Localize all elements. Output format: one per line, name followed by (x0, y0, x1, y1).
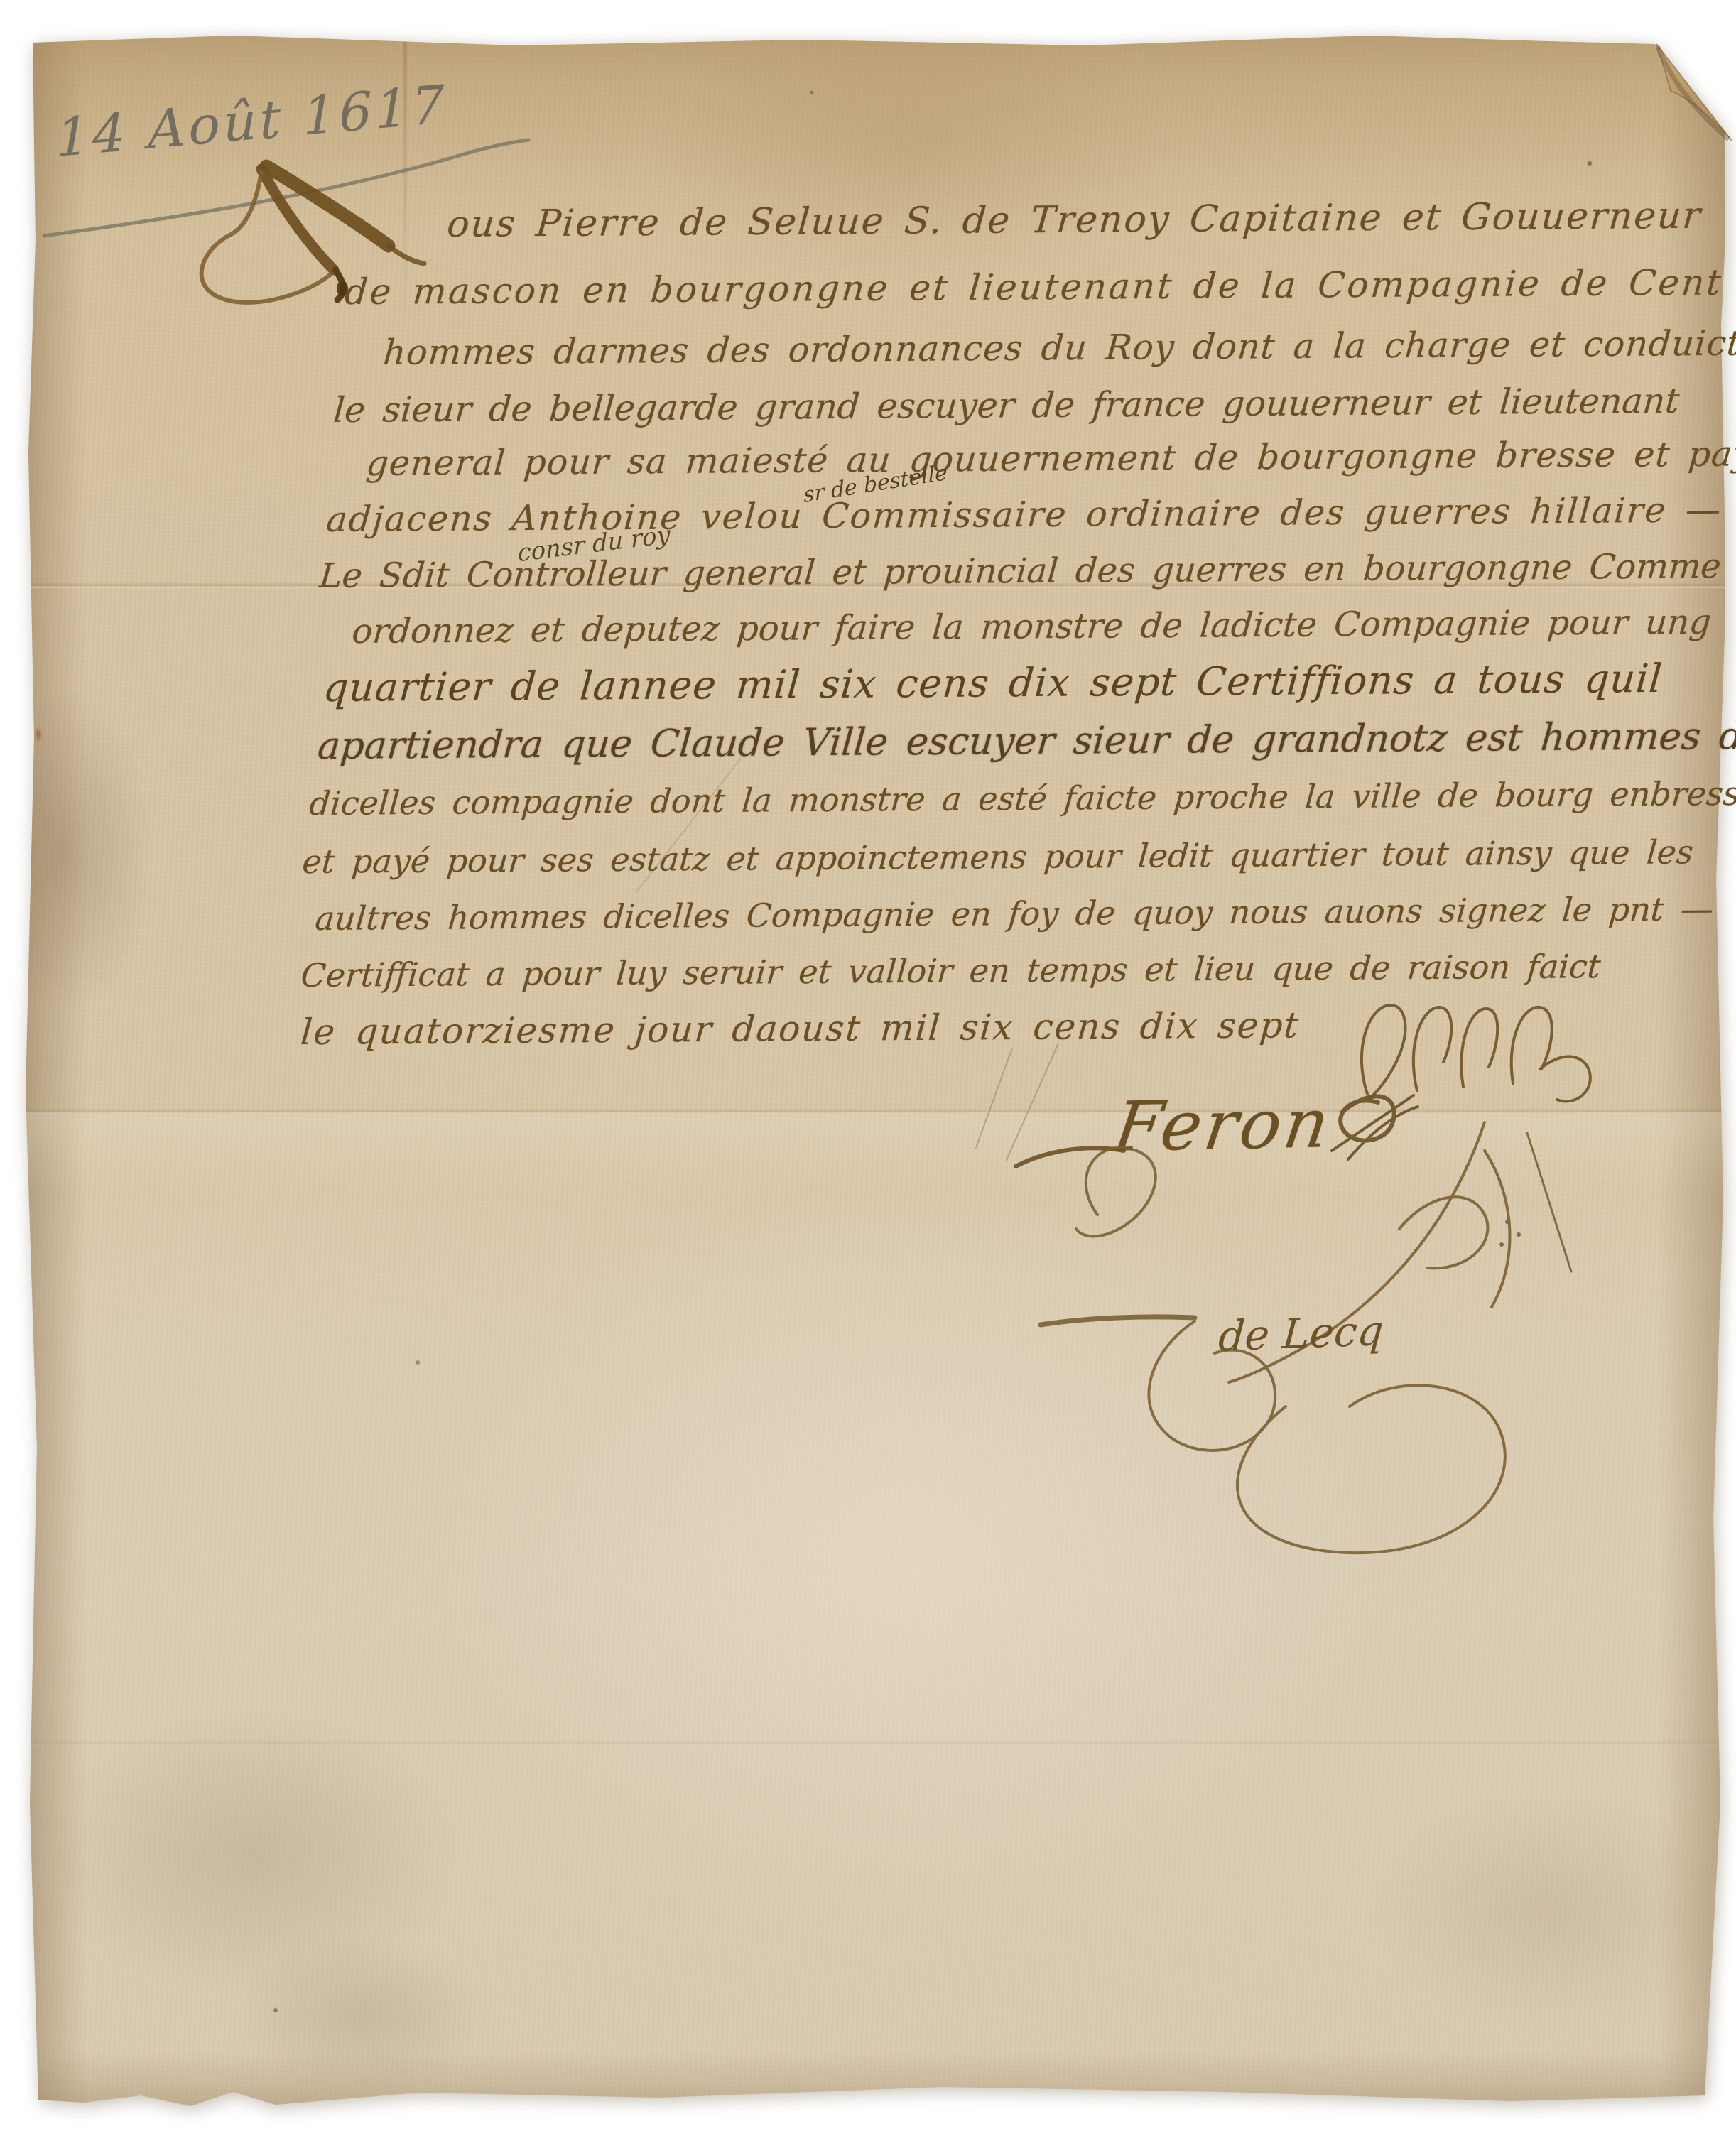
manuscript-line-4: le sieur de bellegarde grand escuyer de … (332, 381, 1681, 430)
manuscript-line-15: le quatorziesme jour daoust mil six cens… (299, 1004, 1301, 1053)
manuscript-line-13: aultres hommes dicelles Compagnie en foy… (314, 889, 1715, 938)
drop-cap-initial (167, 107, 465, 355)
manuscript-line-9: quartier de lannee mil six cens dix sept… (322, 656, 1664, 710)
surface-scratch (975, 1048, 1012, 1149)
manuscript-line-11: dicelles compagnie dont la monstre a est… (308, 774, 1736, 823)
manuscript-line-2: de mascon en bourgongne et lieutenant de… (343, 261, 1725, 313)
manuscript-line-8: ordonnez et deputez pour faire la monstr… (350, 602, 1713, 651)
manuscript-line-12: et payé pour ses estatz et appoinctemens… (301, 833, 1695, 881)
manuscript-content: 14 Août 1617 ous Pierre de Seluue S. de … (0, 0, 1736, 2131)
manuscript-line-6: adjacens Anthoine velou Commissaire ordi… (325, 489, 1723, 540)
signature-de-lecq-flourish: de Lecq (1030, 1108, 1655, 1577)
manuscript-line-1: ous Pierre de Seluue S. de Trenoy Capita… (445, 195, 1703, 246)
manuscript-line-5: general pour sa maiesté au gouuernement … (364, 433, 1736, 484)
manuscript-line-10: apartiendra que Claude Ville escuyer sie… (316, 714, 1736, 768)
manuscript-line-3: hommes darmes des ordonnances du Roy don… (381, 322, 1736, 373)
signature-de-lecq: de Lecq (1217, 1306, 1385, 1360)
